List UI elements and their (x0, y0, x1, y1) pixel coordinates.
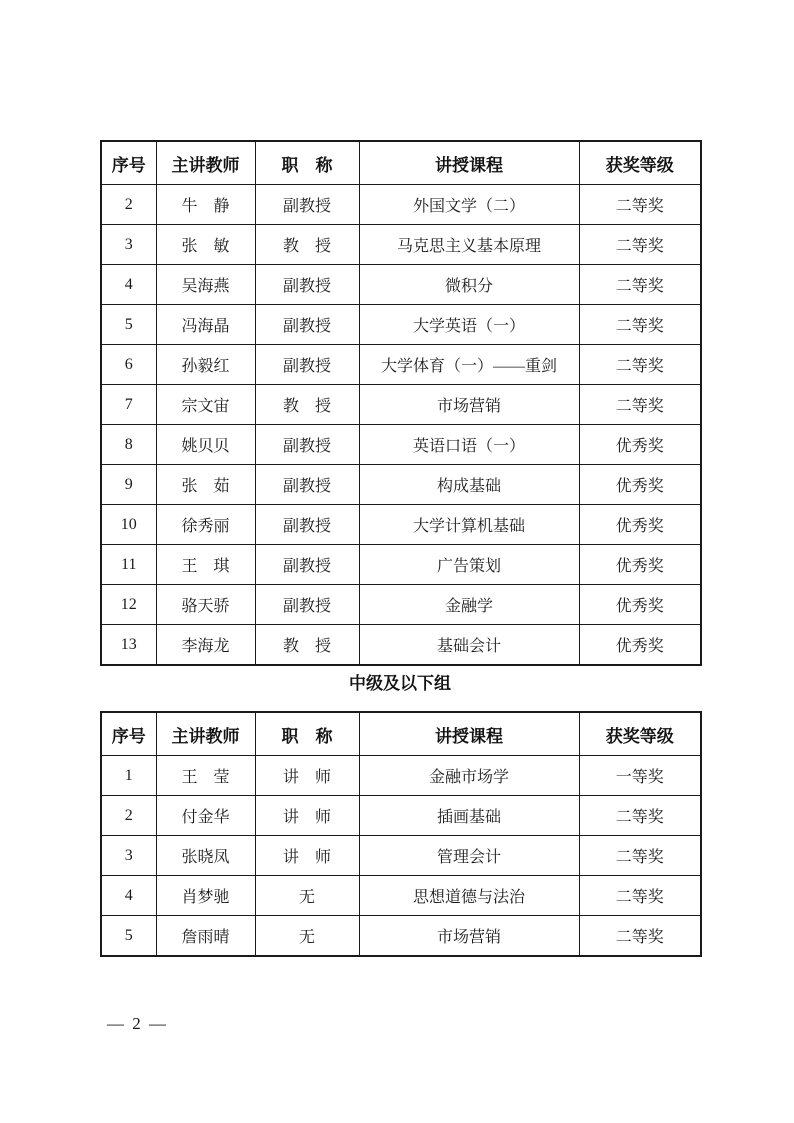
table-cell: 9 (101, 465, 156, 505)
table-row: 2牛 静副教授外国文学（二）二等奖 (101, 185, 701, 225)
table-cell: 二等奖 (579, 385, 701, 425)
table-cell: 13 (101, 625, 156, 666)
table-cell: 无 (255, 916, 359, 957)
table-cell: 优秀奖 (579, 425, 701, 465)
table-cell: 副教授 (255, 345, 359, 385)
table-cell: 外国文学（二） (359, 185, 579, 225)
intermediate-group-award-table: 序号主讲教师职 称讲授课程获奖等级 1王 莹讲 师金融市场学一等奖2付金华讲 师… (100, 711, 702, 957)
table-cell: 教 授 (255, 225, 359, 265)
table-cell: 金融市场学 (359, 756, 579, 796)
table-cell: 讲 师 (255, 756, 359, 796)
table-cell: 市场营销 (359, 385, 579, 425)
column-header: 序号 (101, 141, 156, 185)
table-row: 8姚贝贝副教授英语口语（一）优秀奖 (101, 425, 701, 465)
table-cell: 冯海晶 (156, 305, 255, 345)
table-cell: 市场营销 (359, 916, 579, 957)
table-cell: 付金华 (156, 796, 255, 836)
table-cell: 副教授 (255, 545, 359, 585)
table-cell: 副教授 (255, 465, 359, 505)
section-title: 中级及以下组 (100, 671, 700, 697)
table-cell: 副教授 (255, 585, 359, 625)
table-row: 4肖梦驰无思想道德与法治二等奖 (101, 876, 701, 916)
table-header-row: 序号主讲教师职 称讲授课程获奖等级 (101, 141, 701, 185)
table-cell: 王 琪 (156, 545, 255, 585)
table-cell: 讲 师 (255, 836, 359, 876)
table-cell: 肖梦驰 (156, 876, 255, 916)
table-cell: 4 (101, 265, 156, 305)
table-cell: 讲 师 (255, 796, 359, 836)
table-cell: 优秀奖 (579, 585, 701, 625)
table-cell: 4 (101, 876, 156, 916)
column-header: 获奖等级 (579, 141, 701, 185)
document-page: 序号主讲教师职 称讲授课程获奖等级 2牛 静副教授外国文学（二）二等奖3张 敏教… (0, 0, 794, 1123)
column-header: 职 称 (255, 712, 359, 756)
table-cell: 宗文宙 (156, 385, 255, 425)
table-cell: 基础会计 (359, 625, 579, 666)
page-number: — 2 — (107, 1014, 168, 1034)
table-cell: 副教授 (255, 425, 359, 465)
table-cell: 6 (101, 345, 156, 385)
table-row: 7宗文宙教 授市场营销二等奖 (101, 385, 701, 425)
table-cell: 管理会计 (359, 836, 579, 876)
table-cell: 5 (101, 916, 156, 957)
table-cell: 马克思主义基本原理 (359, 225, 579, 265)
table-cell: 姚贝贝 (156, 425, 255, 465)
table-row: 12骆天骄副教授金融学优秀奖 (101, 585, 701, 625)
table-cell: 二等奖 (579, 265, 701, 305)
table-cell: 1 (101, 756, 156, 796)
table-cell: 二等奖 (579, 305, 701, 345)
table-cell: 优秀奖 (579, 625, 701, 666)
table-row: 10徐秀丽副教授大学计算机基础优秀奖 (101, 505, 701, 545)
table-row: 11王 琪副教授广告策划优秀奖 (101, 545, 701, 585)
table-cell: 副教授 (255, 505, 359, 545)
table-header-row: 序号主讲教师职 称讲授课程获奖等级 (101, 712, 701, 756)
table-cell: 5 (101, 305, 156, 345)
table-cell: 二等奖 (579, 876, 701, 916)
table-cell: 思想道德与法治 (359, 876, 579, 916)
table-cell: 大学体育（一）——重剑 (359, 345, 579, 385)
table-cell: 英语口语（一） (359, 425, 579, 465)
table-cell: 7 (101, 385, 156, 425)
table-cell: 微积分 (359, 265, 579, 305)
table-row: 1王 莹讲 师金融市场学一等奖 (101, 756, 701, 796)
table-cell: 李海龙 (156, 625, 255, 666)
column-header: 讲授课程 (359, 141, 579, 185)
table-cell: 二等奖 (579, 345, 701, 385)
table-cell: 王 莹 (156, 756, 255, 796)
table-row: 2付金华讲 师插画基础二等奖 (101, 796, 701, 836)
table-cell: 3 (101, 225, 156, 265)
senior-group-award-table: 序号主讲教师职 称讲授课程获奖等级 2牛 静副教授外国文学（二）二等奖3张 敏教… (100, 140, 702, 666)
table-row: 3张晓凤讲 师管理会计二等奖 (101, 836, 701, 876)
table-row: 6孙毅红副教授大学体育（一）——重剑二等奖 (101, 345, 701, 385)
table-row: 9张 茹副教授构成基础优秀奖 (101, 465, 701, 505)
table-row: 5詹雨晴无市场营销二等奖 (101, 916, 701, 957)
table-cell: 10 (101, 505, 156, 545)
table-cell: 张晓凤 (156, 836, 255, 876)
table-row: 4吴海燕副教授微积分二等奖 (101, 265, 701, 305)
table-cell: 二等奖 (579, 916, 701, 957)
table-cell: 8 (101, 425, 156, 465)
table-cell: 吴海燕 (156, 265, 255, 305)
table-cell: 2 (101, 796, 156, 836)
table-cell: 骆天骄 (156, 585, 255, 625)
column-header: 获奖等级 (579, 712, 701, 756)
table-row: 3张 敏教 授马克思主义基本原理二等奖 (101, 225, 701, 265)
table-cell: 二等奖 (579, 836, 701, 876)
table-cell: 詹雨晴 (156, 916, 255, 957)
table-cell: 张 敏 (156, 225, 255, 265)
table-cell: 牛 静 (156, 185, 255, 225)
table-cell: 大学英语（一） (359, 305, 579, 345)
table-cell: 构成基础 (359, 465, 579, 505)
table-cell: 12 (101, 585, 156, 625)
table-cell: 优秀奖 (579, 545, 701, 585)
table-cell: 一等奖 (579, 756, 701, 796)
table-cell: 大学计算机基础 (359, 505, 579, 545)
table-cell: 插画基础 (359, 796, 579, 836)
table-cell: 2 (101, 185, 156, 225)
column-header: 主讲教师 (156, 712, 255, 756)
table-cell: 徐秀丽 (156, 505, 255, 545)
table-cell: 金融学 (359, 585, 579, 625)
table-row: 13李海龙教 授基础会计优秀奖 (101, 625, 701, 666)
table-cell: 孙毅红 (156, 345, 255, 385)
table-cell: 优秀奖 (579, 505, 701, 545)
table-cell: 二等奖 (579, 796, 701, 836)
column-header: 主讲教师 (156, 141, 255, 185)
table-cell: 无 (255, 876, 359, 916)
column-header: 序号 (101, 712, 156, 756)
table-cell: 广告策划 (359, 545, 579, 585)
table-cell: 副教授 (255, 305, 359, 345)
table-cell: 副教授 (255, 265, 359, 305)
table-cell: 副教授 (255, 185, 359, 225)
table-cell: 3 (101, 836, 156, 876)
table-cell: 教 授 (255, 385, 359, 425)
table-cell: 二等奖 (579, 185, 701, 225)
table-cell: 教 授 (255, 625, 359, 666)
column-header: 讲授课程 (359, 712, 579, 756)
table-cell: 11 (101, 545, 156, 585)
column-header: 职 称 (255, 141, 359, 185)
table-cell: 二等奖 (579, 225, 701, 265)
table-cell: 优秀奖 (579, 465, 701, 505)
table-cell: 张 茹 (156, 465, 255, 505)
table-row: 5冯海晶副教授大学英语（一）二等奖 (101, 305, 701, 345)
